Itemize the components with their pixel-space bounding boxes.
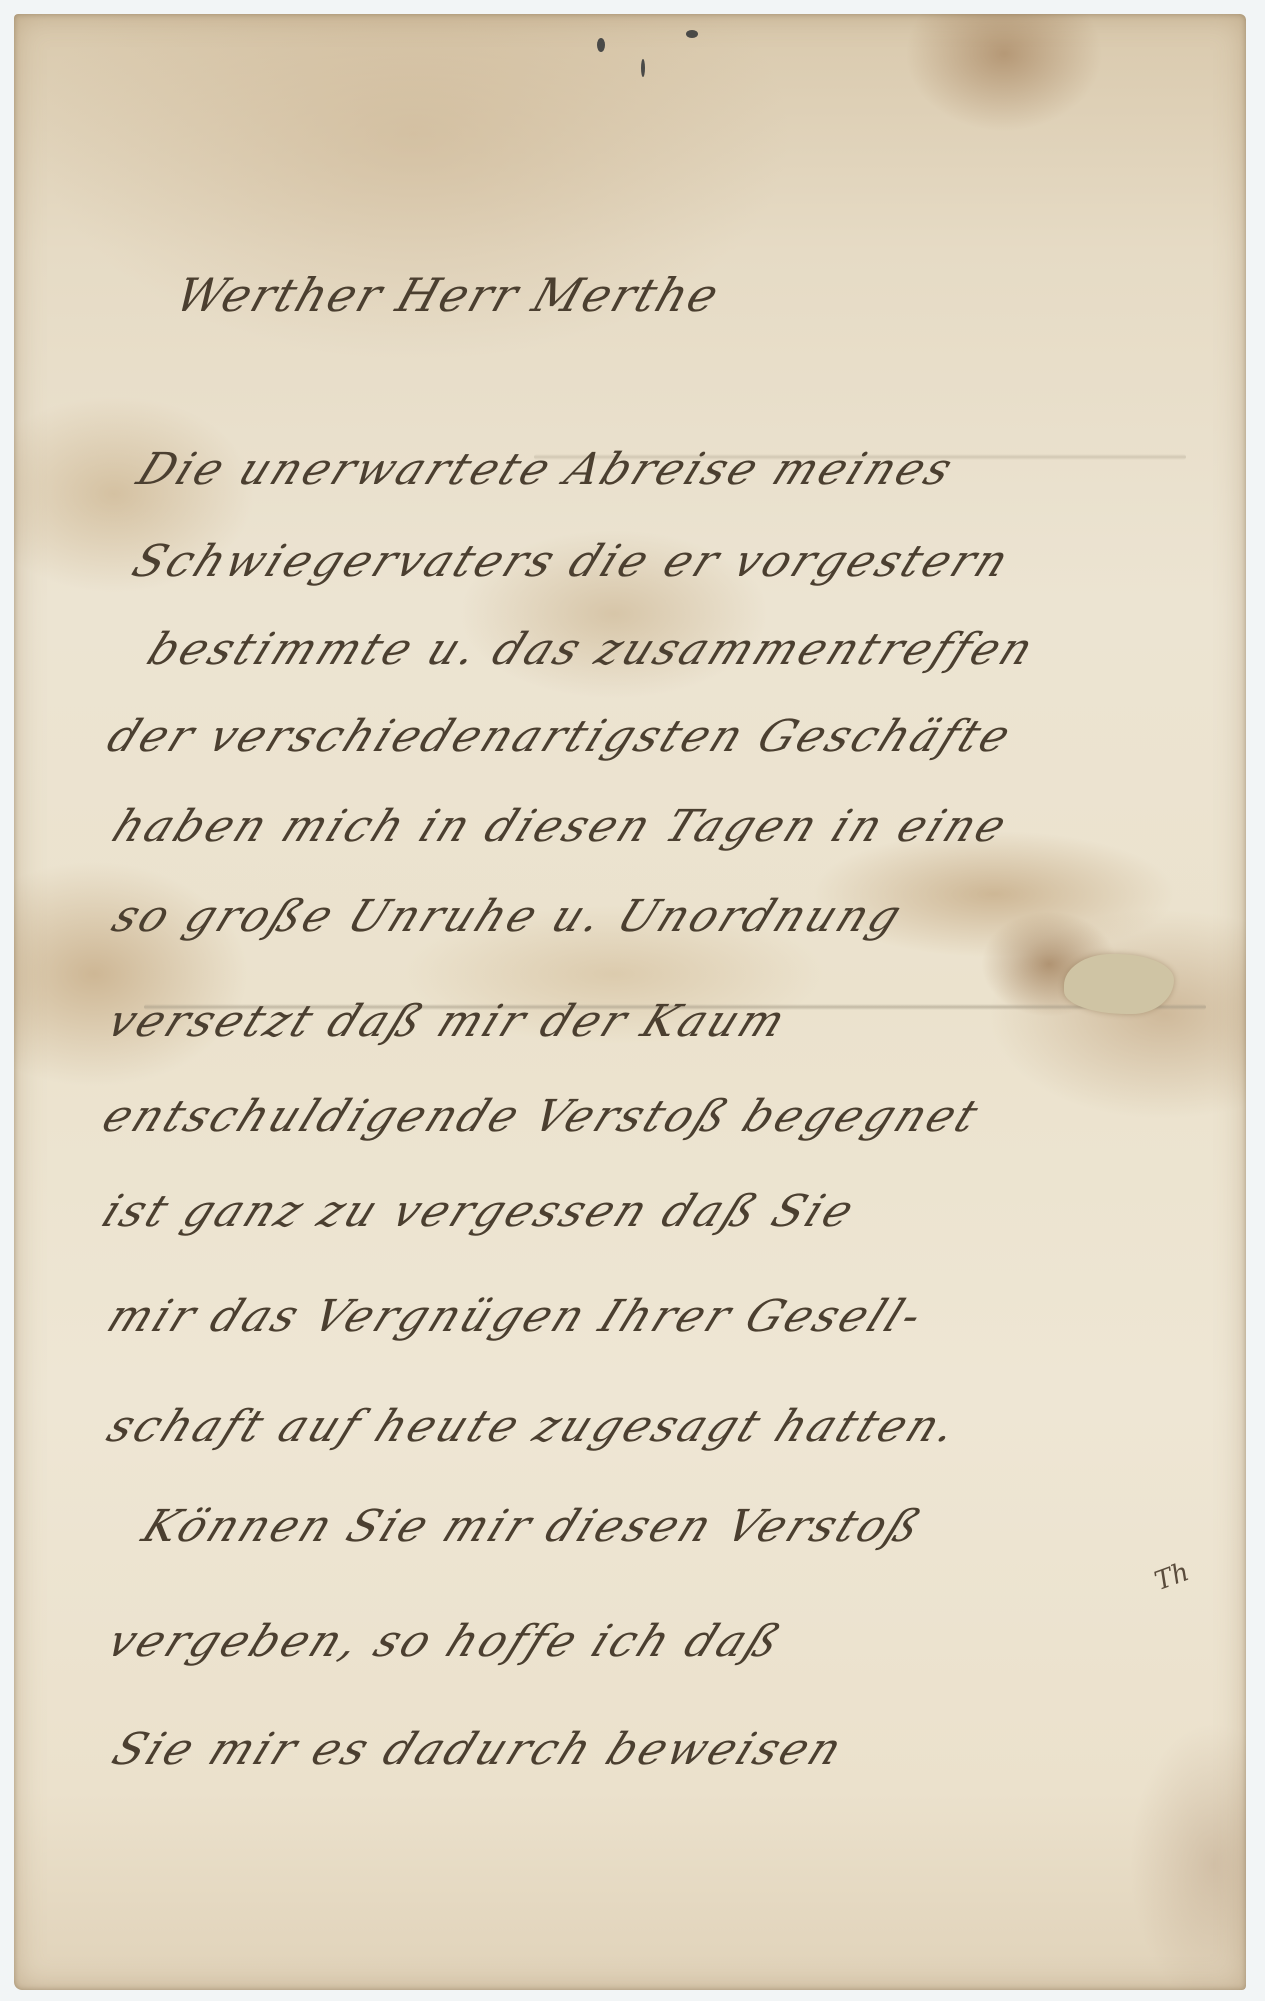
- letter-line: entschuldigende Verstoß begegnet: [96, 1095, 986, 1139]
- letter-line: ist ganz zu vergessen daß Sie: [96, 1190, 862, 1234]
- letter-line: bestimmte u. das zusammentreffen: [141, 628, 1042, 672]
- letter-line: schaft auf heute zugesagt hatten.: [101, 1405, 965, 1449]
- letter-line: Schwiegervaters die er vorgestern: [126, 540, 1017, 584]
- letter-line: Sie mir es dadurch beweisen: [106, 1728, 850, 1772]
- letter-line: haben mich in diesen Tagen in eine: [106, 805, 1015, 849]
- margin-note: Th: [1151, 1557, 1193, 1597]
- letter-line: vergeben, so hoffe ich daß: [101, 1620, 789, 1664]
- letter-line: mir das Vergnügen Ihrer Gesell-: [101, 1295, 930, 1339]
- letter-line: der verschiedenartigsten Geschäfte: [101, 715, 1019, 759]
- letter-line: Die unerwartete Abreise meines: [131, 448, 961, 492]
- letter-line: Können Sie mir diesen Verstoß: [136, 1505, 929, 1549]
- salutation: Werther Herr Merthe: [169, 268, 727, 322]
- letter-text: Werther Herr Merthe Die unerwartete Abre…: [0, 0, 1265, 2001]
- letter-line: versetzt daß mir der Kaum: [101, 1000, 794, 1044]
- letter-line: so große Unruhe u. Unordnung: [106, 895, 910, 939]
- photo-stage: Werther Herr Merthe Die unerwartete Abre…: [0, 0, 1265, 2001]
